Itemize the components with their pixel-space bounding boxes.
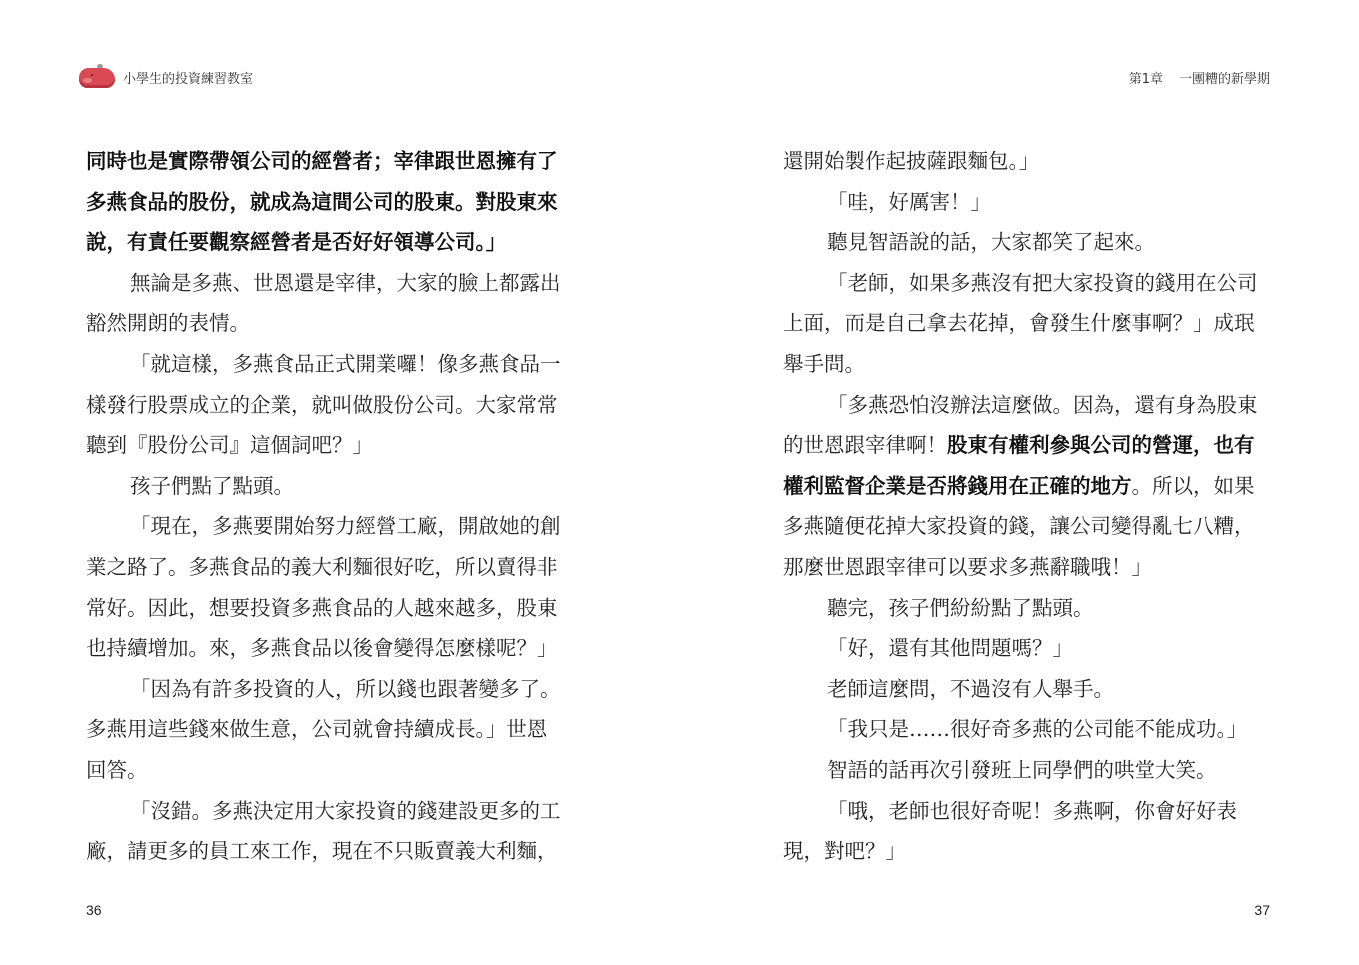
text-segment: 聽見智語說的話，大家都笑了起來。 bbox=[827, 230, 1155, 254]
text-segment: 樣發行股票成立的企業，就叫做股份公司。大家常常 bbox=[86, 393, 558, 417]
chapter-title: 一團糟的新學期 bbox=[1179, 68, 1270, 87]
text-line: 豁然開朗的表情。 bbox=[86, 303, 574, 344]
right-page: 第1章 一團糟的新學期 還開始製作起披薩跟麵包。」「哇，好厲害！」聽見智語說的話… bbox=[680, 0, 1359, 965]
text-line: 孩子們點了點頭。 bbox=[86, 466, 574, 507]
text-line: 上面，而是自己拿去花掉，會發生什麼事啊？」成珉 bbox=[783, 303, 1271, 344]
text-line: 多燕隨便花掉大家投資的錢，讓公司變得亂七八糟， bbox=[783, 506, 1271, 547]
page-number: 37 bbox=[1254, 902, 1270, 918]
text-line: 聽到『股份公司』這個詞吧？」 bbox=[86, 425, 574, 466]
text-line: 「因為有許多投資的人，所以錢也跟著變多了。 bbox=[86, 669, 574, 710]
text-line: 樣發行股票成立的企業，就叫做股份公司。大家常常 bbox=[86, 385, 574, 426]
text-line: 「我只是……很好奇多燕的公司能不能成功。」 bbox=[783, 709, 1271, 750]
text-line: 還開始製作起披薩跟麵包。」 bbox=[783, 141, 1271, 182]
text-segment: 「就這樣，多燕食品正式開業囉！像多燕食品一 bbox=[130, 352, 561, 376]
text-line: 舉手問。 bbox=[783, 344, 1271, 385]
text-segment: 廠，請更多的員工來工作，現在不只販賣義大利麵， bbox=[86, 839, 558, 863]
text-segment: 智語的話再次引發班上同學們的哄堂大笑。 bbox=[827, 758, 1217, 782]
text-segment: 聽完，孩子們紛紛點了點頭。 bbox=[827, 596, 1094, 620]
chapter-number: 第1章 bbox=[1129, 68, 1163, 87]
text-segment: 業之路了。多燕食品的義大利麵很好吃，所以賣得非 bbox=[86, 555, 558, 579]
text-segment: 聽到『股份公司』這個詞吧？」 bbox=[86, 433, 373, 457]
text-segment: 「因為有許多投資的人，所以錢也跟著變多了。 bbox=[130, 677, 561, 701]
text-line: 回答。 bbox=[86, 750, 574, 791]
running-head-book-title: 小學生的投資練習教室 bbox=[77, 64, 253, 90]
text-segment: 的世恩跟宰律啊！ bbox=[783, 433, 947, 457]
text-line: 「現在，多燕要開始努力經營工廠，開啟她的創 bbox=[86, 506, 574, 547]
text-line: 聽完，孩子們紛紛點了點頭。 bbox=[783, 588, 1271, 629]
text-line: 現，對吧？」 bbox=[783, 831, 1271, 872]
bold-text-segment: 說，有責任要觀察經營者是否好好領導公司。」 bbox=[86, 230, 506, 254]
running-head-chapter: 第1章 一團糟的新學期 bbox=[1129, 64, 1270, 90]
text-segment: 無論是多燕、世恩還是宰律，大家的臉上都露出 bbox=[130, 271, 561, 295]
text-segment: 還開始製作起披薩跟麵包。」 bbox=[783, 149, 1039, 173]
text-line: 多燕食品的股份，就成為這間公司的股東。對股東來 bbox=[86, 182, 574, 223]
body-text-left: 同時也是實際帶領公司的經營者；宰律跟世恩擁有了多燕食品的股份，就成為這間公司的股… bbox=[86, 141, 574, 872]
text-line: 也持續增加。來，多燕食品以後會變得怎麼樣呢？」 bbox=[86, 628, 574, 669]
text-segment: 回答。 bbox=[86, 758, 148, 782]
text-segment: 「我只是……很好奇多燕的公司能不能成功。」 bbox=[827, 717, 1247, 741]
text-segment: 豁然開朗的表情。 bbox=[86, 311, 250, 335]
text-line: 智語的話再次引發班上同學們的哄堂大笑。 bbox=[783, 750, 1271, 791]
text-segment: 老師這麼問，不過沒有人舉手。 bbox=[827, 677, 1114, 701]
text-line: 廠，請更多的員工來工作，現在不只販賣義大利麵， bbox=[86, 831, 574, 872]
text-line: 「就這樣，多燕食品正式開業囉！像多燕食品一 bbox=[86, 344, 574, 385]
text-segment: 「好，還有其他問題嗎？」 bbox=[827, 636, 1073, 660]
text-line: 說，有責任要觀察經營者是否好好領導公司。」 bbox=[86, 222, 574, 263]
text-segment: 。所以，如果 bbox=[1132, 474, 1255, 498]
text-segment: 多燕隨便花掉大家投資的錢，讓公司變得亂七八糟， bbox=[783, 514, 1255, 538]
text-line: 同時也是實際帶領公司的經營者；宰律跟世恩擁有了 bbox=[86, 141, 574, 182]
text-segment: 「現在，多燕要開始努力經營工廠，開啟她的創 bbox=[130, 514, 561, 538]
bold-text-segment: 多燕食品的股份，就成為這間公司的股東。對股東來 bbox=[86, 190, 558, 214]
text-segment: 「老師，如果多燕沒有把大家投資的錢用在公司 bbox=[827, 271, 1258, 295]
text-line: 老師這麼問，不過沒有人舉手。 bbox=[783, 669, 1271, 710]
body-text-right: 還開始製作起披薩跟麵包。」「哇，好厲害！」聽見智語說的話，大家都笑了起來。「老師… bbox=[783, 141, 1271, 872]
text-line: 業之路了。多燕食品的義大利麵很好吃，所以賣得非 bbox=[86, 547, 574, 588]
text-line: 那麼世恩跟宰律可以要求多燕辭職哦！」 bbox=[783, 547, 1271, 588]
bold-text-segment: 權利監督企業是否將錢用在正確的地方 bbox=[783, 474, 1132, 498]
text-line: 「好，還有其他問題嗎？」 bbox=[783, 628, 1271, 669]
bold-text-segment: 同時也是實際帶領公司的經營者；宰律跟世恩擁有了 bbox=[86, 149, 558, 173]
book-spread: 小學生的投資練習教室 同時也是實際帶領公司的經營者；宰律跟世恩擁有了多燕食品的股… bbox=[0, 0, 1359, 965]
text-line: 「多燕恐怕沒辦法這麼做。因為，還有身為股東 bbox=[783, 385, 1271, 426]
text-segment: 那麼世恩跟宰律可以要求多燕辭職哦！」 bbox=[783, 555, 1152, 579]
text-line: 常好。因此，想要投資多燕食品的人越來越多，股東 bbox=[86, 588, 574, 629]
piggy-bank-icon bbox=[77, 63, 117, 91]
text-segment: 「多燕恐怕沒辦法這麼做。因為，還有身為股東 bbox=[827, 393, 1258, 417]
text-line: 聽見智語說的話，大家都笑了起來。 bbox=[783, 222, 1271, 263]
text-segment: 舉手問。 bbox=[783, 352, 865, 376]
text-segment: 「哇，好厲害！」 bbox=[827, 190, 991, 214]
bold-text-segment: 股東有權利參與公司的營運，也有 bbox=[947, 433, 1255, 457]
page-number: 36 bbox=[86, 902, 102, 918]
text-line: 「沒錯。多燕決定用大家投資的錢建設更多的工 bbox=[86, 791, 574, 832]
text-line: 「哦，老師也很好奇呢！多燕啊，你會好好表 bbox=[783, 791, 1271, 832]
text-line: 的世恩跟宰律啊！股東有權利參與公司的營運，也有 bbox=[783, 425, 1271, 466]
text-segment: 也持續增加。來，多燕食品以後會變得怎麼樣呢？」 bbox=[86, 636, 558, 660]
text-segment: 常好。因此，想要投資多燕食品的人越來越多，股東 bbox=[86, 596, 558, 620]
text-line: 權利監督企業是否將錢用在正確的地方。所以，如果 bbox=[783, 466, 1271, 507]
book-title: 小學生的投資練習教室 bbox=[123, 68, 253, 87]
text-line: 無論是多燕、世恩還是宰律，大家的臉上都露出 bbox=[86, 263, 574, 304]
text-segment: 多燕用這些錢來做生意，公司就會持續成長。」世恩 bbox=[86, 717, 547, 741]
text-segment: 孩子們點了點頭。 bbox=[130, 474, 294, 498]
text-line: 「老師，如果多燕沒有把大家投資的錢用在公司 bbox=[783, 263, 1271, 304]
text-segment: 上面，而是自己拿去花掉，會發生什麼事啊？」成珉 bbox=[783, 311, 1255, 335]
text-segment: 「沒錯。多燕決定用大家投資的錢建設更多的工 bbox=[130, 799, 561, 823]
left-page: 小學生的投資練習教室 同時也是實際帶領公司的經營者；宰律跟世恩擁有了多燕食品的股… bbox=[0, 0, 680, 965]
text-line: 多燕用這些錢來做生意，公司就會持續成長。」世恩 bbox=[86, 709, 574, 750]
text-segment: 現，對吧？」 bbox=[783, 839, 906, 863]
text-line: 「哇，好厲害！」 bbox=[783, 182, 1271, 223]
text-segment: 「哦，老師也很好奇呢！多燕啊，你會好好表 bbox=[827, 799, 1237, 823]
